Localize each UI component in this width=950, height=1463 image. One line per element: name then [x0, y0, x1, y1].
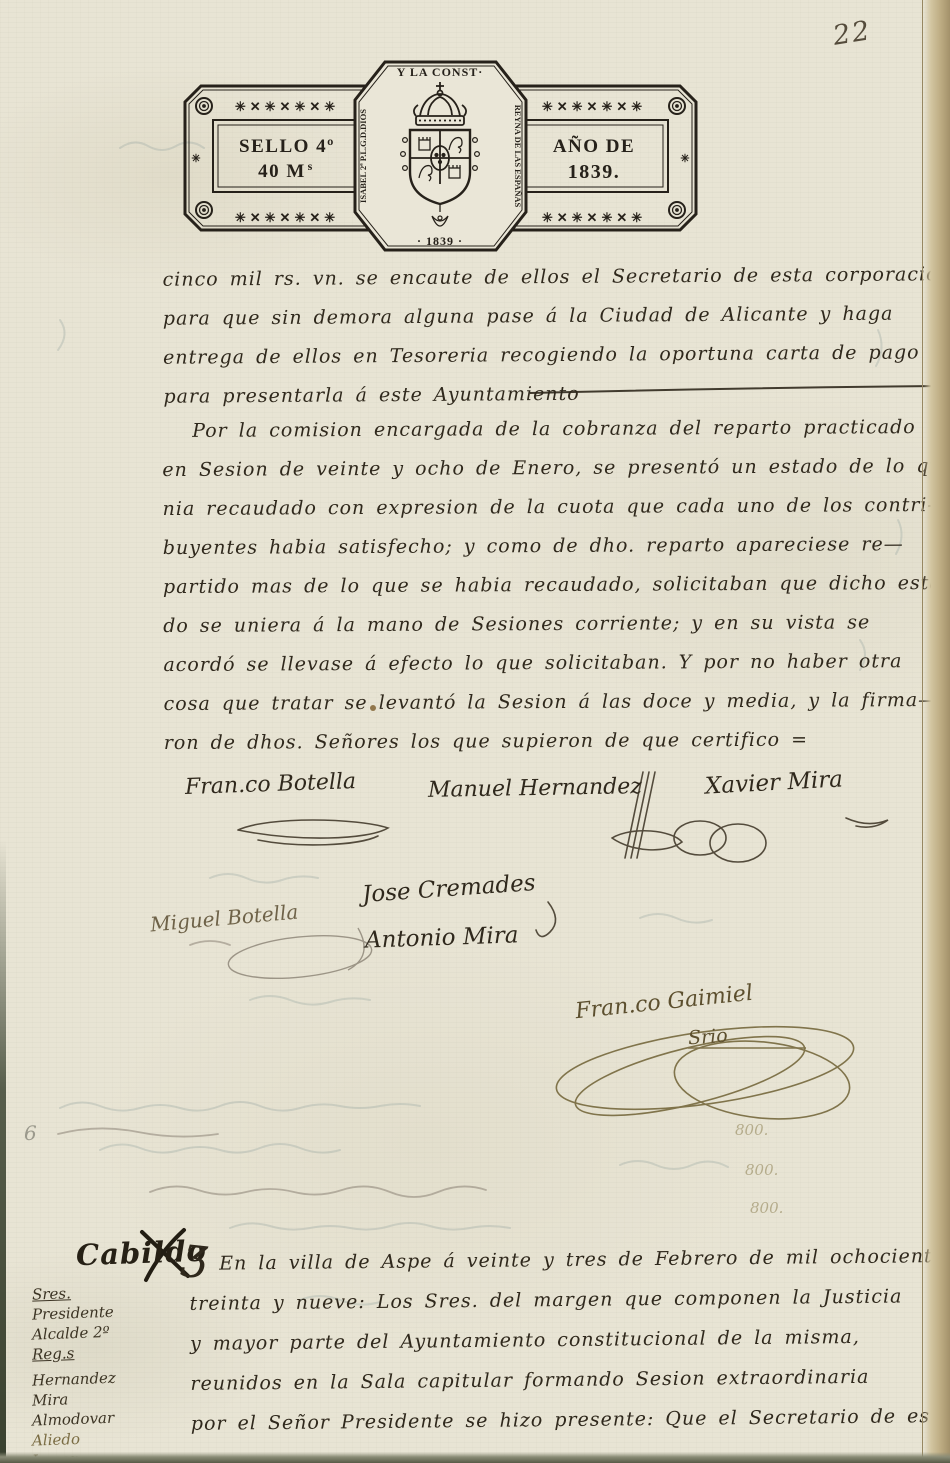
revenue-stamp-graphic: ✳✕✳✕✳✕✳ ✳✕✳✕✳✕✳ ✳✕✳✕✳✕✳ ✳✕✳✕✳✕✳ ✳ ✳ SELL… [183, 60, 698, 252]
manuscript-page: { "page": { "folio_number": "22" }, "sta… [0, 0, 950, 1463]
deco-row: ✳✕✳✕✳✕✳ [542, 210, 646, 225]
stamp-inscription-bottom: · 1839 · [417, 234, 463, 248]
revenue-stamp: ✳✕✳✕✳✕✳ ✳✕✳✕✳✕✳ ✳✕✳✕✳✕✳ ✳✕✳✕✳✕✳ ✳ ✳ SELL… [183, 60, 698, 252]
signature-antonio-mira: Antonio Mira [365, 922, 519, 953]
signature-secretary: Fran.co Gaimiel [574, 981, 754, 1025]
paragraph-1: cinco mil rs. vn. se encaute de ellos el… [162, 255, 941, 416]
text-line: acordó se llevase á efecto lo que solici… [163, 642, 941, 685]
ghost-numbers: 800. 800. 800. [735, 1121, 783, 1217]
stamp-inscription-top: Y LA CONST· [397, 65, 484, 79]
signature-xavier-mira: Xavier Mira [704, 766, 843, 799]
pencil-mark: 6 [24, 1121, 37, 1145]
text-line: nia recaudado con expresion de la cuota … [162, 486, 940, 529]
signature-francisco-botella: Fran.co Botella [185, 769, 357, 800]
deco-motif: ✳ [680, 153, 689, 165]
text-line: Por la comision encargada de la cobranza… [162, 408, 940, 451]
pencil-scribbles [58, 941, 486, 1197]
stamp-year-label: AÑO DE [553, 135, 635, 157]
text-line: cinco mil rs. vn. se encaute de ellos el… [162, 255, 940, 299]
stamp-sello-line: SELLO 4º [239, 136, 335, 157]
folio-number: 22 [831, 15, 874, 52]
margin-item: Reg.s [32, 1339, 183, 1364]
stamp-inscription-left: ISABEL 2ª P.L.G.D.DIOS [358, 109, 368, 203]
text-line: en Sesion de veinte y ocho de Enero, se … [162, 447, 940, 490]
miguel-botella-rubric [226, 928, 373, 984]
deco-motif: ✳ [191, 153, 200, 165]
deco-row: ✳✕✳✕✳✕✳ [542, 99, 646, 114]
margin-attendees-list: Sres. Presidente Alcalde 2º Reg.s Hernan… [32, 1282, 182, 1463]
signature-jose-cremades: Jose Cremades [361, 870, 536, 908]
ghost-number: 800. [750, 1199, 783, 1217]
page-edge-bottom [0, 1452, 950, 1463]
cabildo-paragraph: En la villa de Aspe á veinte y tres de F… [189, 1236, 941, 1444]
ghost-number: 800. [735, 1121, 768, 1139]
text-line: buyentes habia satisfecho; y como de dho… [163, 525, 941, 568]
text-line: partido mas de lo que se habia recaudado… [163, 564, 941, 607]
signature-manuel-hernandez: Manuel Hernandez [428, 774, 642, 803]
signature-miguel-botella: Miguel Botella [149, 900, 299, 937]
ghost-number: 800. [745, 1161, 778, 1179]
secretary-title: Srio [687, 1025, 728, 1050]
text-line: para que sin demora alguna pase á la Ciu… [163, 294, 941, 338]
text-line: cosa que tratar se levantó la Sesion á l… [164, 681, 942, 724]
page-edge-left [0, 840, 6, 1463]
page-edge-right [922, 0, 950, 1463]
text-line: ron de dhos. Señores los que supieron de… [164, 720, 942, 763]
deco-row: ✳✕✳✕✳✕✳ [235, 99, 339, 114]
stamp-year-value: 1839. [568, 161, 621, 183]
text-line: por el Señor Presidente se hizo presente… [191, 1396, 941, 1444]
stamp-inscription-right: REYNA DE LAS ESPAÑAS [513, 105, 523, 208]
stamp-maravedis-value: 40 M [258, 161, 306, 182]
deco-row: ✳✕✳✕✳✕✳ [235, 210, 339, 225]
text-line: entrega de ellos en Tesoreria recogiendo… [163, 333, 941, 377]
text-line: do se uniera á la mano de Sesiones corri… [163, 603, 941, 646]
paragraph-2: Por la comision encargada de la cobranza… [162, 408, 942, 763]
stamp-maravedis-sup: s [308, 159, 313, 173]
